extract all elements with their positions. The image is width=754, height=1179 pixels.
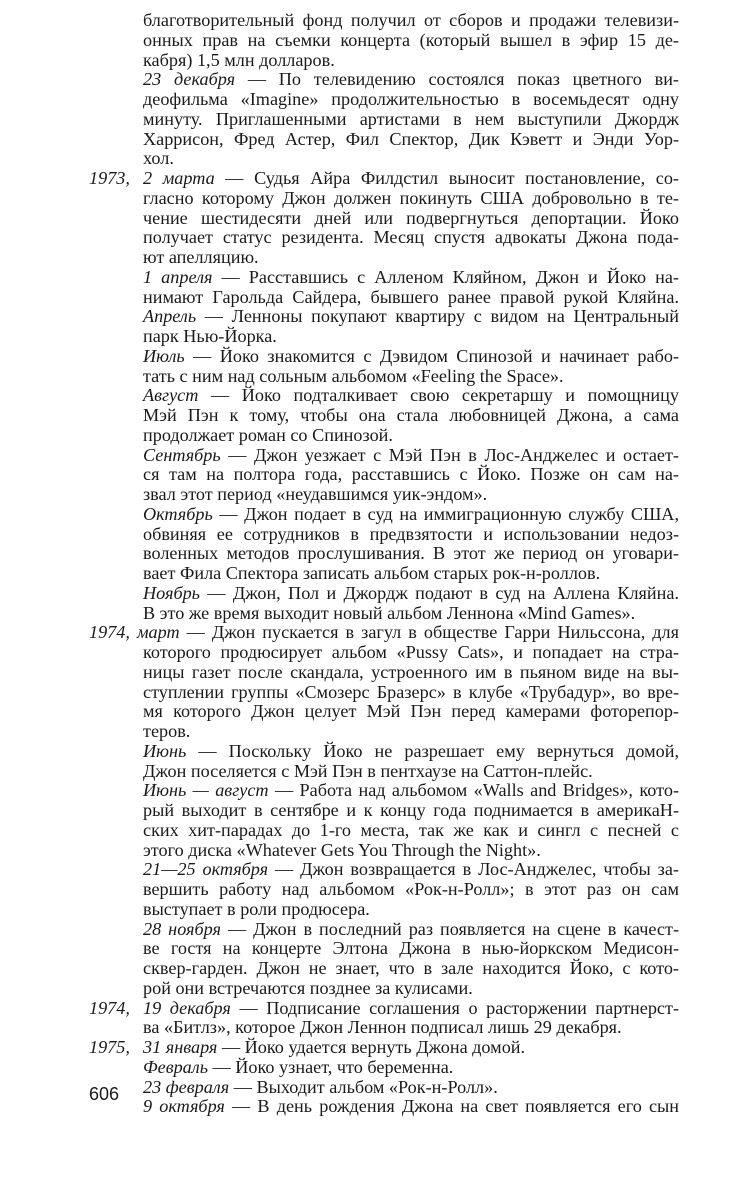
body-text: которого продюсирует альбом «Pussy Cats»… [143, 642, 679, 662]
text-line: Апрель — Ленноны покупают квартиру с вид… [89, 307, 679, 327]
text-line: хол. [89, 149, 679, 169]
entry-text: Джон поселяется с Мэй Пэн в пентхаузе на… [143, 762, 679, 782]
body-text: — Подписание соглашения о расторжении па… [231, 998, 679, 1018]
year-label: 1974, [89, 999, 130, 1019]
text-line: 28 ноября — Джон в последний раз появляе… [89, 920, 679, 940]
date-label: Октябрь [143, 504, 213, 524]
entry-text: вершить работу над альбомом «Рок-н-Ролл»… [143, 880, 679, 900]
text-line: получает статус резидента. Месяц спустя … [89, 228, 679, 248]
body-text: — Джон, Пол и Джордж подают в суд на Алл… [200, 583, 679, 603]
date-label: 19 декабря [143, 998, 231, 1018]
chronology-entries: благотворительный фонд получил от сборов… [89, 11, 679, 1117]
entry-text: Апрель — Ленноны покупают квартиру с вид… [143, 307, 679, 327]
entry-text: ют апелляцию. [143, 248, 679, 268]
entry-text: 31 января — Йоко удается вернуть Джона д… [143, 1038, 679, 1058]
text-line: сквер-гарден. Джон не знает, что в зале … [89, 959, 679, 979]
body-text: — Поскольку Йоко не разрешает ему вернут… [186, 741, 679, 761]
body-text: — Джон в последний раз появляется на сце… [221, 919, 679, 939]
date-label: Сентябрь [143, 445, 221, 465]
entry-text: тать с ним над сольным альбомом «Feeling… [143, 367, 679, 387]
body-text: Джон поселяется с Мэй Пэн в пентхаузе на… [143, 761, 593, 781]
body-text: — Йоко знакомится с Дэвидом Спинозой и н… [185, 346, 679, 366]
text-line: Октябрь — Джон подает в суд на иммиграци… [89, 505, 679, 525]
entry-text: 9 октября — В день рождения Джона на све… [143, 1097, 679, 1117]
text-line: Харрисон, Фред Астер, Фил Спектор, Дик К… [89, 130, 679, 150]
entry-text: Июль — Йоко знакомится с Дэвидом Спинозо… [143, 347, 679, 367]
entry-text: онных прав на съемки концерта (который в… [143, 31, 679, 51]
entry-text: Сентябрь — Джон уезжает с Мэй Пэн в Лос-… [143, 446, 679, 466]
entry-text: Август — Йоко подталкивает свою секретар… [143, 386, 679, 406]
entry-text: выступает в роли продюсера. [143, 900, 679, 920]
body-text: ских хит-парадах до 1-го места, так же к… [143, 820, 679, 840]
entry-text: 2 марта — Судья Айра Филдстил выносит по… [143, 169, 679, 189]
text-line: чение шестидесяти дней или подвергнуться… [89, 209, 679, 229]
text-line: ва «Битлз», которое Джон Леннон подписал… [89, 1018, 679, 1038]
body-text: В это же время выходит новый альбом Ленн… [143, 603, 635, 623]
body-text: нимают Гарольда Сайдера, бывшего ранее п… [143, 287, 679, 307]
body-text: теров. [143, 721, 190, 741]
text-line: звал этот период «неудавшимся уик-эндом»… [89, 485, 679, 505]
date-label: Апрель [143, 306, 196, 326]
body-text: воленных методов прослушивания. В этот ж… [143, 543, 679, 563]
text-line: Джон поселяется с Мэй Пэн в пентхаузе на… [89, 762, 679, 782]
text-line: воленных методов прослушивания. В этот ж… [89, 544, 679, 564]
entry-text: получает статус резидента. Месяц спустя … [143, 228, 679, 248]
entry-text: вает Фила Спектора записать альбом стары… [143, 564, 679, 584]
body-text: выступает в роли продюсера. [143, 899, 370, 919]
body-text: обвиняя ее сотрудников в предвзятости и … [143, 524, 679, 544]
text-line: 1 апреля — Расставшись с Алленом Кляйном… [89, 268, 679, 288]
entry-text: Июнь — август — Работа над альбомом «Wal… [143, 781, 679, 801]
entry-text: Июнь — Поскольку Йоко не разрешает ему в… [143, 742, 679, 762]
entry-text: гласно которому Джон должен покинуть США… [143, 189, 679, 209]
entry-text: Октябрь — Джон подает в суд на иммиграци… [143, 505, 679, 525]
entry-text: ва «Битлз», которое Джон Леннон подписал… [143, 1018, 679, 1038]
text-line: 23 декабря — По телевидению состоялся по… [89, 70, 679, 90]
entry-text: 28 ноября — Джон в последний раз появляе… [143, 920, 679, 940]
body-text: хол. [143, 148, 174, 168]
entry-text: рый выходит в сентябре и к концу года по… [143, 801, 679, 821]
entry-text: 19 декабря — Подписание соглашения о рас… [143, 999, 679, 1019]
entry-text: 1974, март — Джон пускается в загул в об… [89, 623, 679, 643]
date-label: Июль [143, 346, 185, 366]
text-line: ся там на полтора года, расставшись с Йо… [89, 465, 679, 485]
entry-text: теров. [143, 722, 679, 742]
entry-text: Ноябрь — Джон, Пол и Джордж подают в суд… [143, 584, 679, 604]
body-text: — Работа над альбомом «Walls and Bridges… [269, 780, 679, 800]
text-line: тать с ним над сольным альбомом «Feeling… [89, 367, 679, 387]
entry-text: парк Нью-Йорка. [143, 327, 679, 347]
text-line: 1973,2 марта — Судья Айра Филдстил вынос… [89, 169, 679, 189]
text-line: 1975,31 января — Йоко удается вернуть Дж… [89, 1038, 679, 1058]
text-line: ницы газет после скандала, устроенного и… [89, 663, 679, 683]
date-label: Август [143, 385, 198, 405]
body-text: ва «Битлз», которое Джон Леннон подписал… [143, 1017, 622, 1037]
text-line: Сентябрь — Джон уезжает с Мэй Пэн в Лос-… [89, 446, 679, 466]
text-line: рый выходит в сентябре и к концу года по… [89, 801, 679, 821]
text-line: обвиняя ее сотрудников в предвзятости и … [89, 525, 679, 545]
date-label: 2 марта [143, 168, 215, 188]
entry-text: продолжает роман со Спинозой. [143, 426, 679, 446]
entry-text: ских хит-парадах до 1-го места, так же к… [143, 821, 679, 841]
entry-text: рой они встречаются позднее за кулисами. [143, 979, 679, 999]
body-text: благотворительный фонд получил от сборов… [143, 10, 679, 30]
text-line: этого диска «Whatever Gets You Through t… [89, 841, 679, 861]
page-number: 606 [89, 1084, 119, 1105]
entry-text: мя которого Джон целует Мэй Пэн перед ка… [143, 702, 679, 722]
body-text: — Йоко узнает, что беременна. [208, 1057, 453, 1077]
body-text: ся там на полтора года, расставшись с Йо… [143, 464, 679, 484]
entry-text: В это же время выходит новый альбом Ленн… [143, 604, 679, 624]
text-line: теров. [89, 722, 679, 742]
text-line: Ноябрь — Джон, Пол и Джордж подают в суд… [89, 584, 679, 604]
date-label: Февраль [143, 1057, 208, 1077]
body-text: — Джон уезжает с Мэй Пэн в Лос-Анджелес … [221, 445, 679, 465]
text-line: ступлении группы «Смозерс Бразерс» в клу… [89, 683, 679, 703]
entry-text: ницы газет после скандала, устроенного и… [143, 663, 679, 683]
entry-text: этого диска «Whatever Gets You Through t… [143, 841, 679, 861]
body-text: ступлении группы «Смозерс Бразерс» в клу… [143, 682, 679, 702]
body-text: ницы газет после скандала, устроенного и… [143, 662, 679, 682]
text-line: вершить работу над альбомом «Рок-н-Ролл»… [89, 880, 679, 900]
entry-text: 23 февраля — Выходит альбом «Рок-н-Ролл»… [143, 1078, 679, 1098]
body-text: гласно которому Джон должен покинуть США… [143, 188, 679, 208]
text-line: парк Нью-Йорка. [89, 327, 679, 347]
body-text: получает статус резидента. Месяц спустя … [143, 227, 679, 247]
date-label: Ноябрь [143, 583, 200, 603]
text-line: 1974,19 декабря — Подписание соглашения … [89, 999, 679, 1019]
body-text: этого диска «Whatever Gets You Through t… [143, 840, 541, 860]
body-text: Харрисон, Фред Астер, Фил Спектор, Дик К… [143, 129, 679, 149]
entry-text: звал этот период «неудавшимся уик-эндом»… [143, 485, 679, 505]
entry-text: воленных методов прослушивания. В этот ж… [143, 544, 679, 564]
entry-text: ве гостя на концерте Элтона Джона в нью-… [143, 939, 679, 959]
text-line: минуту. Приглашенными артистами в нем вы… [89, 110, 679, 130]
entry-text: благотворительный фонд получил от сборов… [143, 11, 679, 31]
entry-text: чение шестидесяти дней или подвергнуться… [143, 209, 679, 229]
entry-text: которого продюсирует альбом «Pussy Cats»… [143, 643, 679, 663]
body-text: рой они встречаются позднее за кулисами. [143, 978, 473, 998]
body-text: минуту. Приглашенными артистами в нем вы… [143, 109, 679, 129]
entry-text: нимают Гарольда Сайдера, бывшего ранее п… [143, 288, 679, 308]
entry-text: Мэй Пэн к тому, чтобы она стала любовниц… [143, 406, 679, 426]
body-text: — По телевидению состоялся показ цветног… [235, 69, 679, 89]
text-line: благотворительный фонд получил от сборов… [89, 11, 679, 31]
text-line: ют апелляцию. [89, 248, 679, 268]
year-label: 1973, [89, 169, 130, 189]
body-text: ют апелляцию. [143, 247, 259, 267]
body-text: рый выходит в сентябре и к концу года по… [143, 800, 679, 820]
body-text: — Джон подает в суд на иммиграционную сл… [213, 504, 679, 524]
body-text: — Выходит альбом «Рок-н-Ролл». [229, 1077, 498, 1097]
body-text: продолжает роман со Спинозой. [143, 425, 393, 445]
entry-text: ся там на полтора года, расставшись с Йо… [143, 465, 679, 485]
entry-text: минуту. Приглашенными артистами в нем вы… [143, 110, 679, 130]
text-line: кабря) 1,5 млн долларов. [89, 51, 679, 71]
entry-text: Февраль — Йоко узнает, что беременна. [143, 1058, 679, 1078]
date-label: 23 декабря [143, 69, 235, 89]
text-line: которого продюсирует альбом «Pussy Cats»… [89, 643, 679, 663]
date-label: 21—25 октября [143, 859, 268, 879]
entry-text: деофильма «Imagine» продолжительностью в… [143, 90, 679, 110]
date-label: 23 февраля [143, 1077, 229, 1097]
text-line: нимают Гарольда Сайдера, бывшего ранее п… [89, 288, 679, 308]
text-line: 21—25 октября — Джон возвращается в Лос-… [89, 860, 679, 880]
text-line: продолжает роман со Спинозой. [89, 426, 679, 446]
text-line: выступает в роли продюсера. [89, 900, 679, 920]
text-line: вает Фила Спектора записать альбом стары… [89, 564, 679, 584]
text-line: Февраль — Йоко узнает, что беременна. [89, 1058, 679, 1078]
text-line: рой они встречаются позднее за кулисами. [89, 979, 679, 999]
body-text: Мэй Пэн к тому, чтобы она стала любовниц… [143, 405, 679, 425]
entry-text: 1 апреля — Расставшись с Алленом Кляйном… [143, 268, 679, 288]
body-text: кабря) 1,5 млн долларов. [143, 50, 335, 70]
body-text: тать с ним над сольным альбомом «Feeling… [143, 366, 564, 386]
text-line: В это же время выходит новый альбом Ленн… [89, 604, 679, 624]
text-line: мя которого Джон целует Мэй Пэн перед ка… [89, 702, 679, 722]
text-line: Мэй Пэн к тому, чтобы она стала любовниц… [89, 406, 679, 426]
date-label: 28 ноября [143, 919, 221, 939]
text-line: ве гостя на концерте Элтона Джона в нью-… [89, 939, 679, 959]
body-text: — Ленноны покупают квартиру с видом на Ц… [196, 306, 679, 326]
date-label: 1 апреля [143, 267, 212, 287]
body-text: чение шестидесяти дней или подвергнуться… [143, 208, 679, 228]
text-line: гласно которому Джон должен покинуть США… [89, 189, 679, 209]
entry-text: обвиняя ее сотрудников в предвзятости и … [143, 525, 679, 545]
body-text: мя которого Джон целует Мэй Пэн перед ка… [143, 701, 679, 721]
body-text: — Джон пускается в загул в обществе Гарр… [180, 622, 679, 642]
body-text: звал этот период «неудавшимся уик-эндом»… [143, 484, 487, 504]
body-text: вает Фила Спектора записать альбом стары… [143, 563, 600, 583]
body-text: деофильма «Imagine» продолжительностью в… [143, 89, 679, 109]
text-line: 23 февраля — Выходит альбом «Рок-н-Ролл»… [89, 1078, 679, 1098]
text-line: 1974, март — Джон пускается в загул в об… [89, 623, 679, 643]
text-line: 9 октября — В день рождения Джона на све… [89, 1097, 679, 1117]
text-line: онных прав на съемки концерта (который в… [89, 31, 679, 51]
date-label: 31 января [143, 1037, 217, 1057]
body-text: — Йоко удается вернуть Джона домой. [217, 1037, 525, 1057]
body-text: — В день рождения Джона на свет появляет… [225, 1096, 679, 1116]
text-line: Июнь — Поскольку Йоко не разрешает ему в… [89, 742, 679, 762]
text-line: деофильма «Imagine» продолжительностью в… [89, 90, 679, 110]
body-text: — Судья Айра Филдстил выносит постановле… [215, 168, 679, 188]
body-text: парк Нью-Йорка. [143, 326, 277, 346]
entry-text: 23 декабря — По телевидению состоялся по… [143, 70, 679, 90]
body-text: сквер-гарден. Джон не знает, что в зале … [143, 958, 679, 978]
date-label: Июнь [143, 741, 186, 761]
text-line: Июнь — август — Работа над альбомом «Wal… [89, 781, 679, 801]
body-text: вершить работу над альбомом «Рок-н-Ролл»… [143, 879, 679, 899]
date-label: Июнь — август [143, 780, 269, 800]
text-line: Август — Йоко подталкивает свою секретар… [89, 386, 679, 406]
body-text: онных прав на съемки концерта (который в… [143, 30, 679, 50]
body-text: — Джон возвращается в Лос-Анджелес, чтоб… [268, 859, 679, 879]
entry-text: кабря) 1,5 млн долларов. [143, 51, 679, 71]
text-line: ских хит-парадах до 1-го места, так же к… [89, 821, 679, 841]
entry-text: 21—25 октября — Джон возвращается в Лос-… [143, 860, 679, 880]
entry-text: хол. [143, 149, 679, 169]
book-page: благотворительный фонд получил от сборов… [0, 0, 754, 1179]
body-text: — Расставшись с Алленом Кляйном, Джон и … [212, 267, 679, 287]
text-line: Июль — Йоко знакомится с Дэвидом Спинозо… [89, 347, 679, 367]
body-text: — Йоко подталкивает свою секретаршу и по… [198, 385, 679, 405]
body-text: ве гостя на концерте Элтона Джона в нью-… [143, 938, 679, 958]
date-label: 9 октября [143, 1096, 225, 1116]
entry-text: сквер-гарден. Джон не знает, что в зале … [143, 959, 679, 979]
year-label: 1975, [89, 1038, 130, 1058]
entry-text: ступлении группы «Смозерс Бразерс» в клу… [143, 683, 679, 703]
entry-text: Харрисон, Фред Астер, Фил Спектор, Дик К… [143, 130, 679, 150]
year-label: 1974, март [89, 622, 180, 642]
